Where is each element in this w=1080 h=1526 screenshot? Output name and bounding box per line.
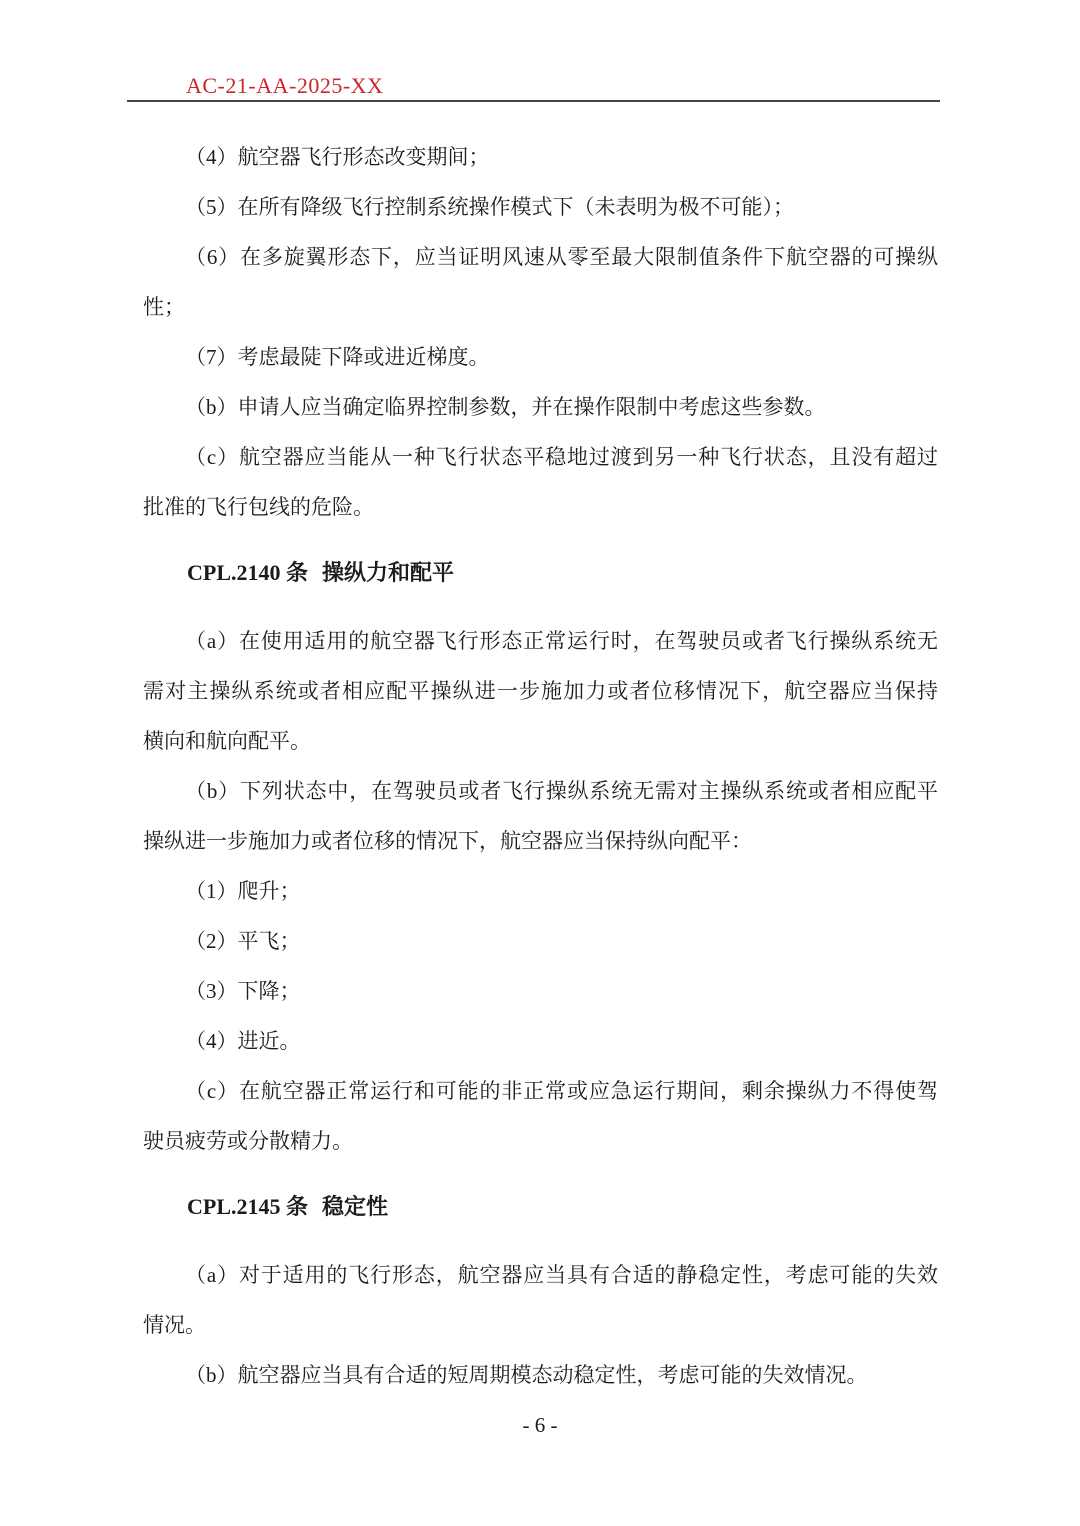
text-line: （b）申请人应当确定临界控制参数，并在操作限制中考虑这些参数。	[143, 382, 938, 432]
text-line: （b）下列状态中，在驾驶员或者飞行操纵系统无需对主操纵系统或者相应配平	[143, 766, 938, 816]
section-heading-label: CPL.2140 条	[187, 560, 308, 585]
paragraph: （a）对于适用的飞行形态，航空器应当具有合适的静稳定性，考虑可能的失效情况。	[143, 1250, 938, 1350]
text-line: （4）航空器飞行形态改变期间；	[143, 132, 938, 182]
paragraph: （6）在多旋翼形态下，应当证明风速从零至最大限制值条件下航空器的可操纵性；	[143, 232, 938, 332]
text-line: （7）考虑最陡下降或进近梯度。	[143, 332, 938, 382]
paragraph: （a）在使用适用的航空器飞行形态正常运行时，在驾驶员或者飞行操纵系统无需对主操纵…	[143, 616, 938, 766]
text-line: 情况。	[143, 1300, 938, 1350]
paragraph: （b）下列状态中，在驾驶员或者飞行操纵系统无需对主操纵系统或者相应配平操纵进一步…	[143, 766, 938, 866]
section-heading-title: 稳定性	[322, 1194, 388, 1219]
text-line: （6）在多旋翼形态下，应当证明风速从零至最大限制值条件下航空器的可操纵	[143, 232, 938, 282]
text-line: 批准的飞行包线的危险。	[143, 482, 938, 532]
text-line: （c）在航空器正常运行和可能的非正常或应急运行期间，剩余操纵力不得使驾	[143, 1066, 938, 1116]
section-heading-label: CPL.2145 条	[187, 1194, 308, 1219]
document-page: AC-21-AA-2025-XX （4）航空器飞行形态改变期间；（5）在所有降级…	[0, 0, 1080, 1526]
section-heading: CPL.2145 条稳定性	[143, 1182, 938, 1232]
text-line: （a）在使用适用的航空器飞行形态正常运行时，在驾驶员或者飞行操纵系统无	[143, 616, 938, 666]
text-line: （c）航空器应当能从一种飞行状态平稳地过渡到另一种飞行状态，且没有超过	[143, 432, 938, 482]
paragraph: （b）航空器应当具有合适的短周期模态动稳定性，考虑可能的失效情况。	[143, 1350, 938, 1400]
text-line: 横向和航向配平。	[143, 716, 938, 766]
paragraph: （5）在所有降级飞行控制系统操作模式下（未表明为极不可能）；	[143, 182, 938, 232]
paragraph: （1）爬升；	[143, 866, 938, 916]
text-line: （4）进近。	[143, 1016, 938, 1066]
text-line: （3）下降；	[143, 966, 938, 1016]
section-heading-title: 操纵力和配平	[322, 560, 454, 585]
text-line: 操纵进一步施加力或者位移的情况下，航空器应当保持纵向配平：	[143, 816, 938, 866]
paragraph: （4）航空器飞行形态改变期间；	[143, 132, 938, 182]
paragraph: （b）申请人应当确定临界控制参数，并在操作限制中考虑这些参数。	[143, 382, 938, 432]
paragraph: （7）考虑最陡下降或进近梯度。	[143, 332, 938, 382]
paragraph: （2）平飞；	[143, 916, 938, 966]
document-body: （4）航空器飞行形态改变期间；（5）在所有降级飞行控制系统操作模式下（未表明为极…	[143, 132, 938, 1400]
text-line: （2）平飞；	[143, 916, 938, 966]
header-rule	[127, 100, 940, 102]
text-line: 性；	[143, 282, 938, 332]
section-heading: CPL.2140 条操纵力和配平	[143, 548, 938, 598]
text-line: （a）对于适用的飞行形态，航空器应当具有合适的静稳定性，考虑可能的失效	[143, 1250, 938, 1300]
text-line: （1）爬升；	[143, 866, 938, 916]
text-line: （b）航空器应当具有合适的短周期模态动稳定性，考虑可能的失效情况。	[143, 1350, 938, 1400]
text-line: 需对主操纵系统或者相应配平操纵进一步施加力或者位移情况下，航空器应当保持	[143, 666, 938, 716]
page-number: - 6 -	[0, 1402, 1080, 1448]
text-line: 驶员疲劳或分散精力。	[143, 1116, 938, 1166]
paragraph: （4）进近。	[143, 1016, 938, 1066]
paragraph: （3）下降；	[143, 966, 938, 1016]
paragraph: （c）在航空器正常运行和可能的非正常或应急运行期间，剩余操纵力不得使驾驶员疲劳或…	[143, 1066, 938, 1166]
text-line: （5）在所有降级飞行控制系统操作模式下（未表明为极不可能）；	[143, 182, 938, 232]
paragraph: （c）航空器应当能从一种飞行状态平稳地过渡到另一种飞行状态，且没有超过批准的飞行…	[143, 432, 938, 532]
doc-number: AC-21-AA-2025-XX	[186, 74, 383, 98]
